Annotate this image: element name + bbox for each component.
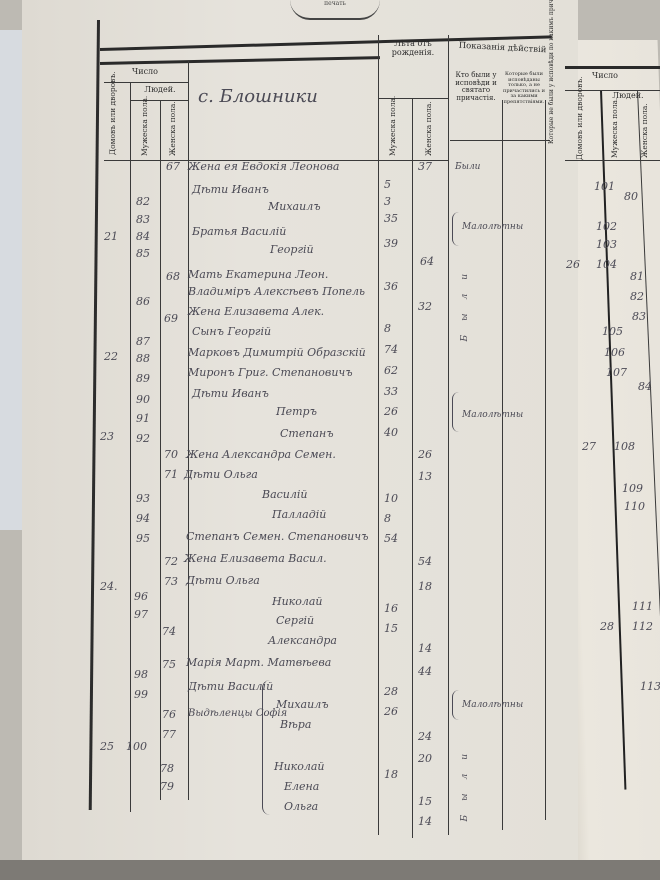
entry-name: Дѣти Ольга [184,468,258,481]
male-number: 87 [136,335,150,348]
right-header-bottom [565,160,660,161]
house-number: 28 [600,620,614,633]
entry-name: Миронъ Григ. Степановичъ [188,366,353,379]
entry-name: Петръ [276,405,317,418]
brace-bracket [452,212,459,246]
female-number: 78 [160,762,174,775]
age-male: 74 [384,343,398,356]
male-number: 88 [136,352,150,365]
entry-name: Николай [274,760,325,773]
entry-name: Братья Василій [192,225,286,238]
male-number: 96 [134,590,148,603]
right-page-top-border [565,66,660,69]
male-number: 92 [136,432,150,445]
col-line-1 [130,82,131,812]
female-number: 81 [630,270,644,283]
brace-bracket [452,392,459,432]
age-female: 20 [418,752,432,765]
header-female: Женска пола. [168,104,177,156]
age-female: 26 [418,448,432,461]
age-male: 5 [384,178,391,191]
vertical-note: Были [460,740,470,821]
right-header-households: Домовъ или дворовъ. [575,100,584,160]
entry-name: Владиміръ Алексѣевъ Попель [188,285,365,298]
entry-name: Марія Март. Матвѣева [186,656,331,669]
col-line-6 [448,35,449,835]
male-number: 94 [136,512,150,525]
age-male: 54 [384,532,398,545]
male-number: 106 [604,346,625,359]
age-male: 39 [384,237,398,250]
header-confessed-communed: Кто были у исповѣди и святаго причастія. [450,72,502,103]
entry-name: Елена [284,780,319,793]
entry-name: Мать Екатерина Леон. [188,268,328,281]
female-number: 72 [164,555,178,568]
header-line-lyudey [130,100,188,101]
male-number: 101 [594,180,615,193]
age-male: 16 [384,602,398,615]
age-female: 14 [418,815,432,828]
male-number: 86 [136,295,150,308]
brace-bracket [452,690,459,720]
male-number: 95 [136,532,150,545]
age-female: 15 [418,795,432,808]
house-number: 26 [566,258,580,271]
female-number: 68 [166,270,180,283]
entry-name: Дѣти Иванъ [192,183,269,196]
male-number: 91 [136,412,150,425]
header-confessed-not-communed: Которые были исповѣданы только, а не при… [503,72,545,105]
header-not-at-confession: Которые не были у исповѣди по какимъ при… [548,74,555,144]
female-number: 82 [630,290,644,303]
female-number: 67 [166,160,180,173]
col-line-7 [502,100,503,830]
entry-name: Сынъ Георгій [192,325,271,338]
male-number: 108 [614,440,635,453]
age-male: 35 [384,212,398,225]
entry-name: Дѣти Ольга [186,574,260,587]
entry-name: Михаилъ [268,200,321,213]
age-male: 10 [384,492,398,505]
header-age-female: Женска пола. [424,104,433,156]
brace-bracket [262,680,271,815]
col-line-4 [378,35,379,835]
entry-name: Николай [272,595,323,608]
table-surface-edge [0,860,660,880]
male-number: 103 [596,238,617,251]
age-female: 37 [418,160,432,173]
male-number: 82 [136,195,150,208]
age-male: 15 [384,622,398,635]
header-chislo: Число [120,68,170,77]
house-number: 22 [104,350,118,363]
entry-name: Дѣти Василій [188,680,273,693]
male-number: 110 [624,500,645,513]
right-header-female: Женска пола. [640,104,649,158]
entry-name: Марковъ Димитрій Образскій [188,346,366,359]
house-number: 27 [582,440,596,453]
male-number: 112 [632,620,653,633]
male-number: 107 [606,366,627,379]
male-number: 100 [126,740,147,753]
village-heading: с. Блошники [198,86,318,107]
female-number: 79 [160,780,174,793]
entry-name: Сергій [276,614,314,627]
header-lyudey: Людей. [140,86,180,95]
header-bottom-line-right [450,140,550,141]
age-male: 33 [384,385,398,398]
age-female: 54 [418,555,432,568]
entry-name: Василій [262,488,308,501]
col-line-5 [412,98,413,838]
house-number: 24. [100,580,118,593]
age-male: 8 [384,322,391,335]
entry-name: Жена ея Евдокія Леонова [188,160,340,173]
female-number: 80 [624,190,638,203]
male-number: 93 [136,492,150,505]
male-number: 90 [136,393,150,406]
female-number: 69 [164,312,178,325]
entry-name: Ольга [284,800,318,813]
female-number: 76 [162,708,176,721]
confession-note: Малолѣтны [462,700,523,710]
female-number: 70 [164,448,178,461]
entry-name: Жена Елизавета Васил. [184,552,327,565]
age-male: 40 [384,426,398,439]
female-number: 71 [164,468,178,481]
male-number: 105 [602,325,623,338]
male-number: 99 [134,688,148,701]
house-number: 21 [104,230,118,243]
seal-stamp: печать [290,0,380,20]
age-female: 18 [418,580,432,593]
house-number: 23 [100,430,114,443]
header-age-male: Мужеска пола. [388,104,397,156]
age-male: 62 [384,364,398,377]
header-male: Мужеска пола. [140,104,149,156]
col-line-2 [160,100,161,800]
age-male: 3 [384,195,391,208]
entry-name: Степанъ Семен. Степановичъ [186,530,368,543]
seal-text: печать [324,0,346,7]
confession-note: Малолѣтны [462,222,523,232]
entry-name: Георгій [270,243,314,256]
entry-name: Степанъ [280,427,334,440]
female-number: 84 [638,380,652,393]
entry-name: Вѣра [280,718,311,731]
confession-note: Были [455,162,480,172]
age-female: 32 [418,300,432,313]
male-number: 102 [596,220,617,233]
male-number: 104 [596,258,617,271]
entry-name: Жена Елизавета Алек. [188,305,324,318]
entry-name: Палладій [272,508,326,521]
female-number: 74 [162,625,176,638]
male-number: 89 [136,372,150,385]
female-number: 77 [162,728,176,741]
house-number: 25 [100,740,114,753]
age-male: 36 [384,280,398,293]
female-number: 73 [164,575,178,588]
male-number: 109 [622,482,643,495]
age-male: 26 [384,405,398,418]
entry-name: Жена Александра Семен. [186,448,336,461]
age-male: 18 [384,768,398,781]
age-male: 26 [384,705,398,718]
age-female: 24 [418,730,432,743]
female-number: 75 [162,658,176,671]
male-number: 84 [136,230,150,243]
age-female: 13 [418,470,432,483]
age-female: 44 [418,665,432,678]
age-female: 64 [420,255,434,268]
age-male: 8 [384,512,391,525]
male-number: 85 [136,247,150,260]
male-number: 97 [134,608,148,621]
male-number: 111 [632,600,653,613]
col-line-8 [545,100,546,820]
confession-note: Малолѣтны [462,410,523,420]
male-number: 113 [640,680,660,693]
entry-name: Дѣти Иванъ [192,387,269,400]
male-number: 83 [136,213,150,226]
right-header-male: Мужеска пола. [610,104,619,158]
header-households: Домовъ или дворовъ. [108,90,117,155]
entry-name: Выдѣленцы Софія [188,708,287,719]
right-header-chislo: Число [580,72,630,81]
male-number: 98 [134,668,148,681]
female-number: 83 [632,310,646,323]
entry-name: Александра [268,634,337,647]
age-female: 14 [418,642,432,655]
age-male: 28 [384,685,398,698]
header-age: Лѣта отъ рожденія. [380,40,446,58]
vertical-note: Были [460,260,470,341]
